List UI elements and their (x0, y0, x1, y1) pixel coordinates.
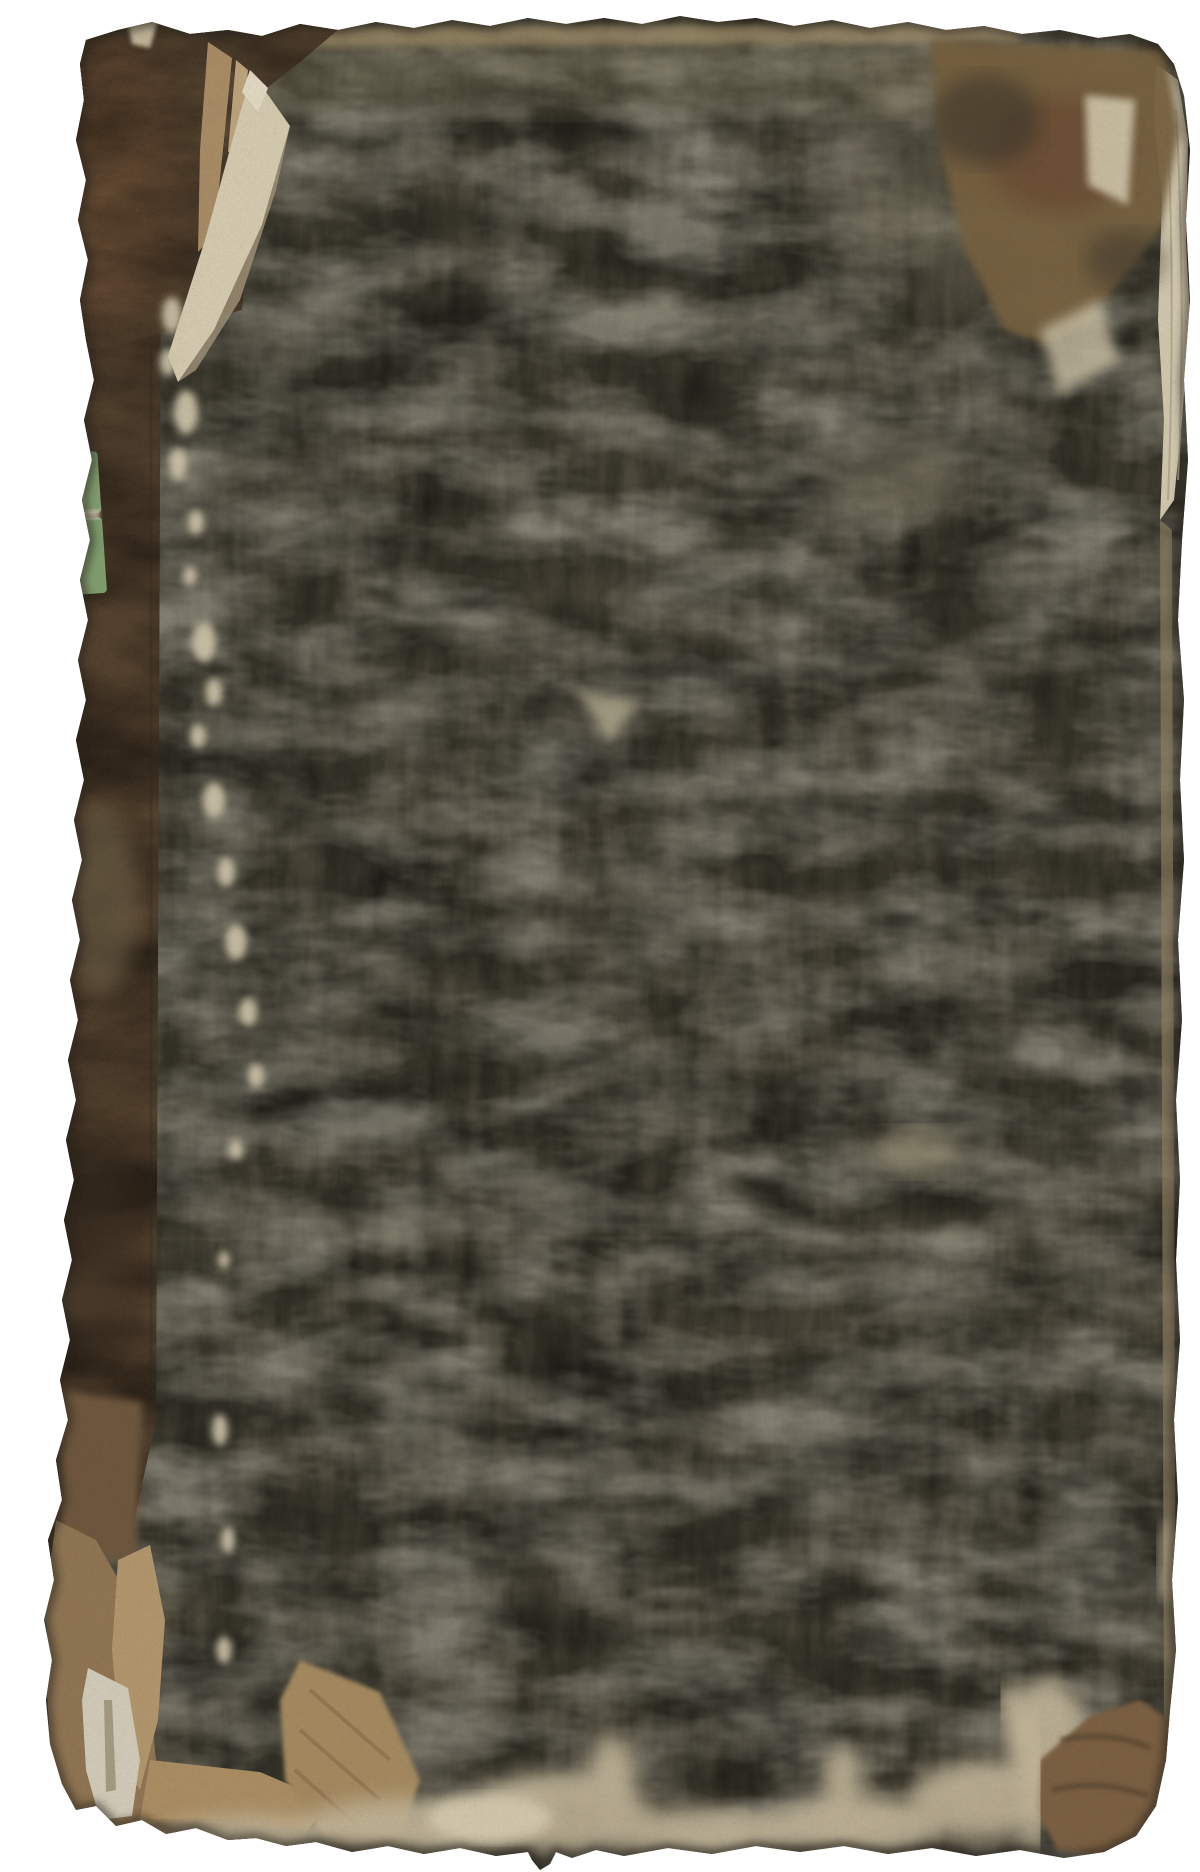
overall-grain (0, 0, 1200, 1872)
scanned-book-cover-photo (0, 0, 1200, 1872)
book-cover-illustration (0, 0, 1200, 1872)
book-body (0, 0, 1200, 1872)
